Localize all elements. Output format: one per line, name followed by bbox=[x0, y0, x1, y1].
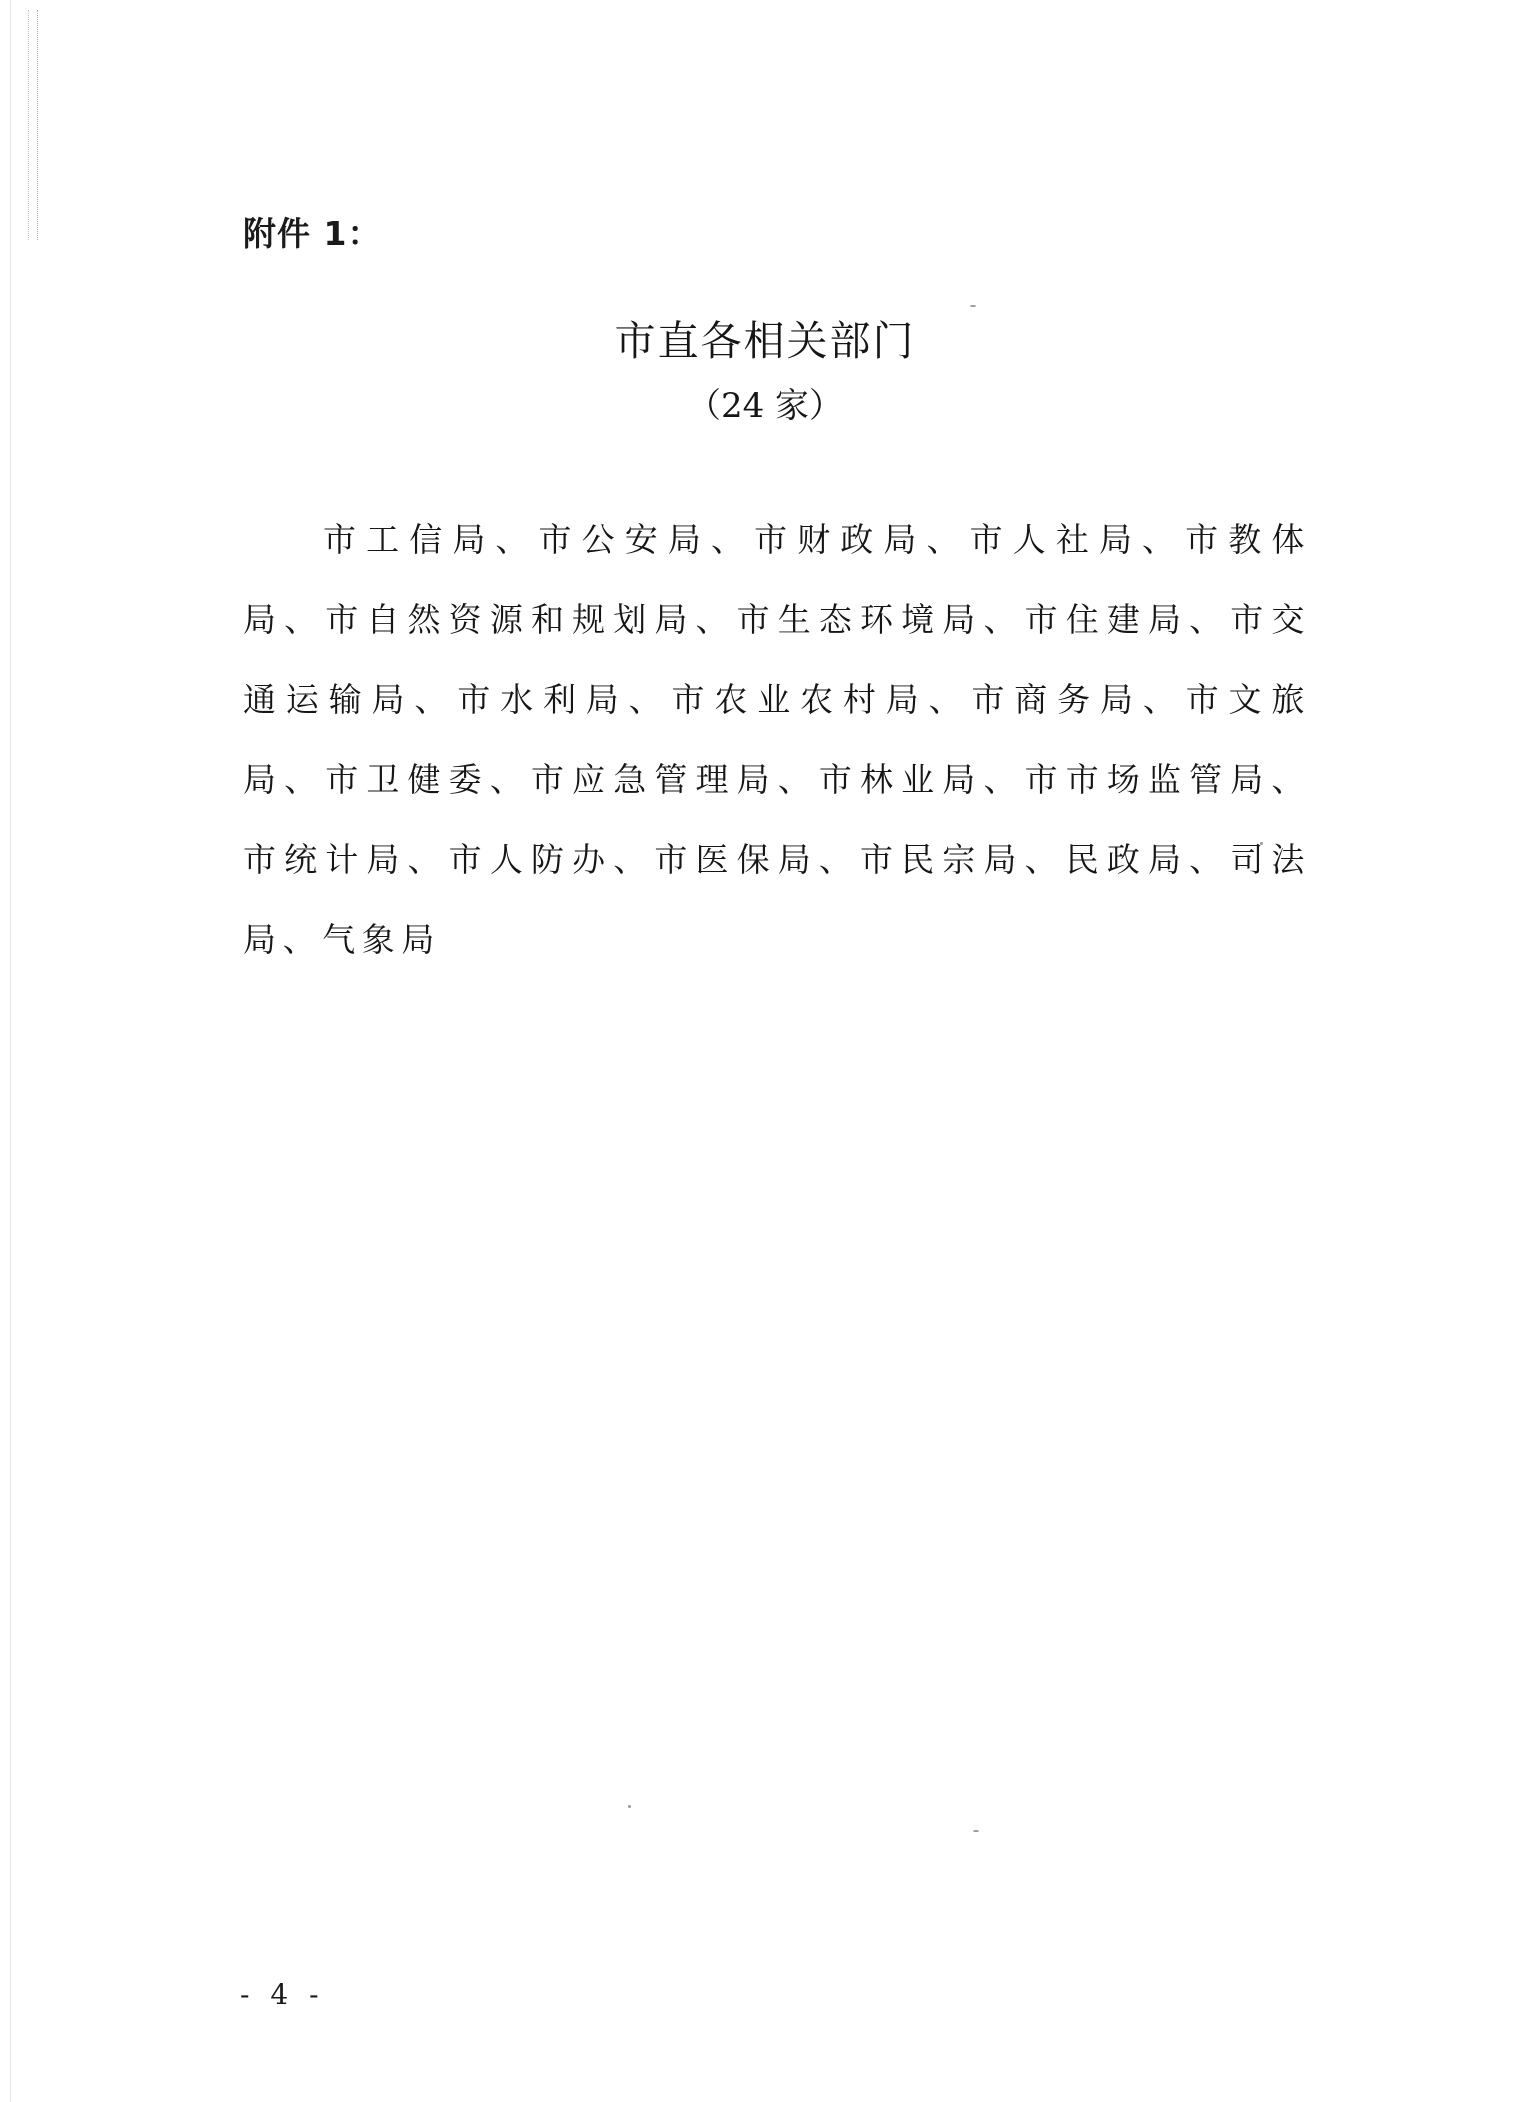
attachment-label: 附件 1： bbox=[243, 208, 381, 255]
department-list-paragraph: 市工信局、市公安局、市财政局、市人社局、市教体局、市自然资源和规划局、市生态环境… bbox=[243, 500, 1311, 980]
page-title: 市直各相关部门 bbox=[0, 308, 1530, 367]
scan-speck bbox=[973, 1830, 979, 1832]
scan-speck bbox=[970, 305, 976, 307]
scan-speck bbox=[1260, 842, 1263, 845]
document-page: 附件 1： 市直各相关部门 （24 家） 市工信局、市公安局、市财政局、市人社局… bbox=[0, 0, 1530, 2102]
department-count-subtitle: （24 家） bbox=[0, 378, 1530, 427]
scan-speck bbox=[628, 1805, 631, 1808]
page-number: - 4 - bbox=[240, 1978, 325, 2011]
binding-hole-marks bbox=[28, 10, 43, 240]
